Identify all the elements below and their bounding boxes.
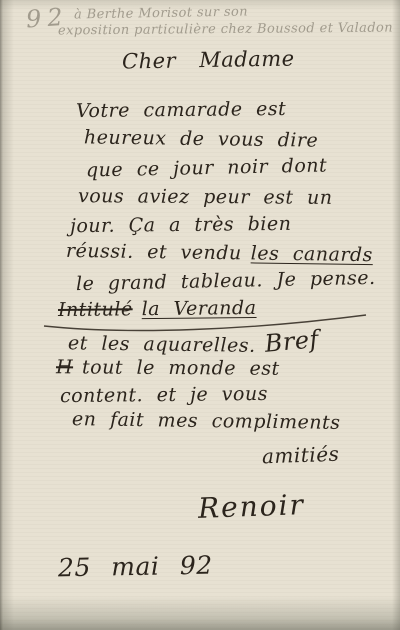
body-line: vous aviez peur est un [78, 185, 333, 209]
body-line: réussi. et vendules canards [66, 240, 373, 266]
flourished-word-bref: Bref [263, 325, 320, 358]
signature: Renoir [197, 488, 305, 525]
manuscript-page: 92 à Berthe Morisot sur son exposition p… [0, 0, 400, 630]
greeting: Cher Madame [122, 46, 295, 73]
annotation-line-1: à Berthe Morisot sur son [74, 4, 248, 22]
body-line: le grand tableau. Je pense. [76, 267, 376, 295]
body-line: et les aquarelles.Bref [68, 327, 319, 358]
body-line: heureux de vous dire [84, 126, 319, 151]
body-line: que ce jour noir dont [86, 154, 328, 181]
annotation-line-2: exposition particulière chez Boussod et … [58, 21, 393, 39]
body-line: Htout le monde est [56, 356, 280, 380]
closing: amitiés [262, 442, 340, 469]
body-line: en fait mes compliments [72, 408, 341, 434]
body-line-text: et les aquarelles. [68, 332, 256, 357]
body-line: Votre camarade est [76, 98, 286, 122]
struck-letter: H [56, 356, 73, 378]
underlined-words-canards: les canards [251, 242, 373, 266]
body-line-text: réussi. et vendu [66, 240, 242, 264]
body-line: content. et je vous [60, 383, 268, 407]
body-line-text: tout le monde est [82, 356, 280, 379]
date-line: 25 mai 92 [58, 551, 213, 583]
body-line: jour. Ça a très bien [70, 213, 292, 237]
